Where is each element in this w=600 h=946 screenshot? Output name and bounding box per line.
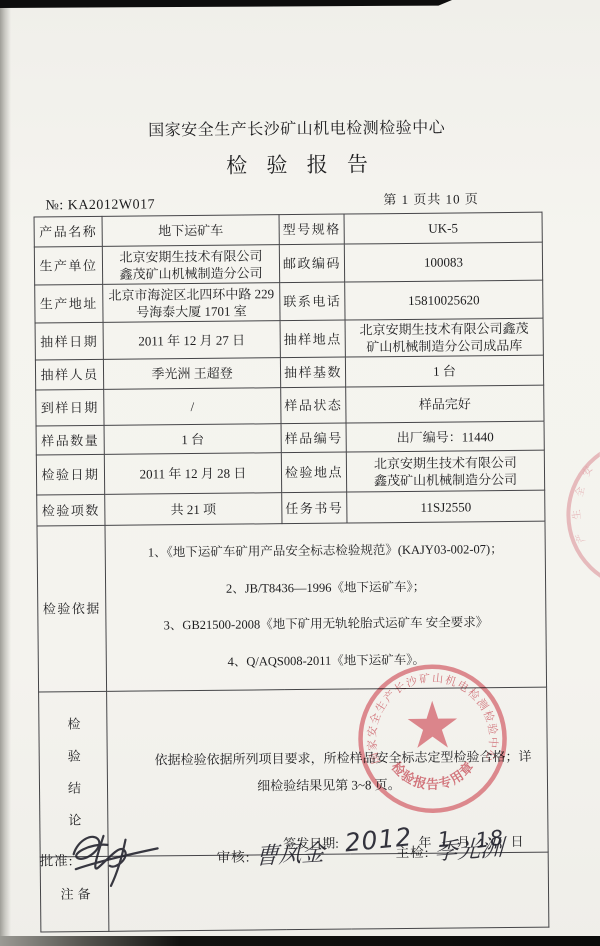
task-no-value: 11SJ2550: [347, 490, 545, 523]
sampling-base-value: 1 台: [345, 355, 543, 387]
sample-state-value: 样品完好: [346, 385, 544, 423]
table-row: 抽样人员 季光洲 王超登 抽样基数 1 台: [35, 355, 543, 390]
handwritten-year: 2012: [344, 828, 413, 851]
sampling-base-label: 抽样基数: [280, 357, 345, 388]
manufacturer-label: 生产单位: [34, 246, 102, 285]
basis-line-2: 2、JB/T8436—1996《地下运矿车》；: [108, 576, 543, 600]
sampling-staff-label: 抽样人员: [35, 359, 103, 390]
sample-no-label: 样品编号: [281, 423, 346, 453]
phone-label: 联系电话: [280, 282, 345, 321]
report-number: №: KA2012W017: [45, 197, 155, 214]
inspection-date-value: 2011 年 12 月 28 日: [104, 453, 281, 495]
sample-state-label: 样品状态: [281, 387, 346, 424]
report-number-label: №:: [45, 198, 63, 213]
basis-line-3: 3、GB21500-2008《地下矿用无轨轮胎式运矿车 安全要求》: [108, 613, 543, 637]
handwritten-month: 1: [437, 831, 452, 849]
report-page: 国家安全生产长沙矿山机电检测检验中心 检 验 报 告 №: KA2012W017…: [0, 0, 600, 946]
address-label: 生产地址: [35, 284, 103, 323]
scan-left-edge: [0, 0, 11, 946]
inspection-place-value: 北京安期生技术有限公司 鑫茂矿山机械制造分公司: [346, 450, 544, 492]
edge-seal-char: 安: [579, 464, 595, 479]
report-number-value: KA2012W017: [68, 197, 156, 213]
inspection-place-label: 检验地点: [281, 452, 346, 493]
day-unit: 日: [510, 833, 523, 850]
edge-seal-partial: 安 全 生 产: [558, 435, 600, 605]
address-value: 北京市海淀区北四环中路 229 号海泰大厦 1701 室: [103, 283, 280, 323]
seal-title-text: 检验报告专用章: [388, 758, 477, 792]
month-unit: 月: [457, 833, 470, 850]
sign-date-line: 签发日期: 2012 年 1 月 18 日: [283, 829, 524, 852]
phone-value: 15810025620: [345, 280, 543, 320]
basis-line-1: 1、《地下运矿车矿用产品安全标志检验规范》(KAJY03-002-07)；: [108, 540, 543, 564]
postal-code-value: 100083: [344, 242, 542, 282]
scan-bottom-edge: [0, 936, 600, 946]
table-row: 生产地址 北京市海淀区北四环中路 229 号海泰大厦 1701 室 联系电话 1…: [35, 280, 543, 323]
report-title: 检 验 报 告: [0, 146, 597, 182]
sampling-date-label: 抽样日期: [35, 322, 103, 360]
inspection-date-label: 检验日期: [36, 454, 104, 495]
arrival-date-label: 到样日期: [36, 389, 104, 426]
basis-label: 检验依据: [37, 525, 107, 692]
edge-seal-char: 生: [569, 509, 583, 520]
seal-star-icon: [407, 701, 457, 748]
sample-qty-value: 1 台: [104, 424, 281, 455]
manufacturer-value: 北京安期生技术有限公司 鑫茂矿山机械制造分公司: [102, 245, 279, 285]
table-row: 生产单位 北京安期生技术有限公司 鑫茂矿山机械制造分公司 邮政编码 100083: [34, 242, 542, 285]
svg-text:检验报告专用章: 检验报告专用章: [388, 758, 477, 792]
sampling-staff-value: 季光洲 王超登: [103, 358, 280, 390]
approve-signature-scrawl: [65, 827, 178, 892]
sample-no-value: 出厂编号：11440: [346, 421, 544, 452]
sign-date-label: 签发日期:: [283, 835, 339, 853]
sampling-place-label: 抽样地点: [280, 320, 345, 358]
table-row: 检验日期 2011 年 12 月 28 日 检验地点 北京安期生技术有限公司 鑫…: [36, 450, 544, 495]
scanned-inspection-report: 国家安全生产长沙矿山机电检测检验中心 检 验 报 告 №: KA2012W017…: [0, 0, 600, 946]
model-label: 型号规格: [279, 214, 344, 245]
review-label: 审核:: [216, 836, 250, 865]
sample-qty-label: 样品数量: [36, 425, 104, 455]
table-row: 抽样日期 2011 年 12 月 27 日 抽样地点 北京安期生技术有限公司鑫茂…: [35, 318, 543, 360]
page-indicator: 第 1 页共 10 页: [383, 188, 479, 208]
handwritten-day: 18: [475, 829, 506, 850]
item-count-label: 检验项数: [37, 494, 105, 526]
sampling-place-value: 北京安期生技术有限公司鑫茂 矿山机械制造分公司成品库: [345, 318, 543, 357]
table-row: 产品名称 地下运矿车 型号规格 UK-5: [34, 212, 542, 247]
product-name-value: 地下运矿车: [102, 215, 279, 247]
product-name-label: 产品名称: [34, 216, 102, 247]
task-no-label: 任务书号: [282, 492, 347, 524]
sampling-date-value: 2011 年 12 月 27 日: [103, 321, 280, 360]
report-info-table: 产品名称 地下运矿车 型号规格 UK-5 生产单位 北京安期生技术有限公司 鑫茂…: [34, 212, 550, 933]
year-unit: 年: [418, 834, 431, 851]
item-count-value: 共 21 项: [105, 493, 282, 526]
official-seal: 国家安全生产长沙矿山机电检测检验中心 检验报告专用章: [350, 656, 516, 822]
arrival-date-value: /: [104, 388, 281, 426]
model-value: UK-5: [344, 212, 542, 244]
conclusion-label-text: 检验结论: [64, 717, 82, 845]
postal-code-label: 邮政编码: [279, 244, 344, 283]
organization-title: 国家安全生产长沙矿山机电检测检验中心: [0, 113, 597, 142]
table-row: 检验项数 共 21 项 任务书号 11SJ2550: [37, 490, 545, 526]
table-row: 到样日期 / 样品状态 样品完好: [36, 385, 544, 426]
